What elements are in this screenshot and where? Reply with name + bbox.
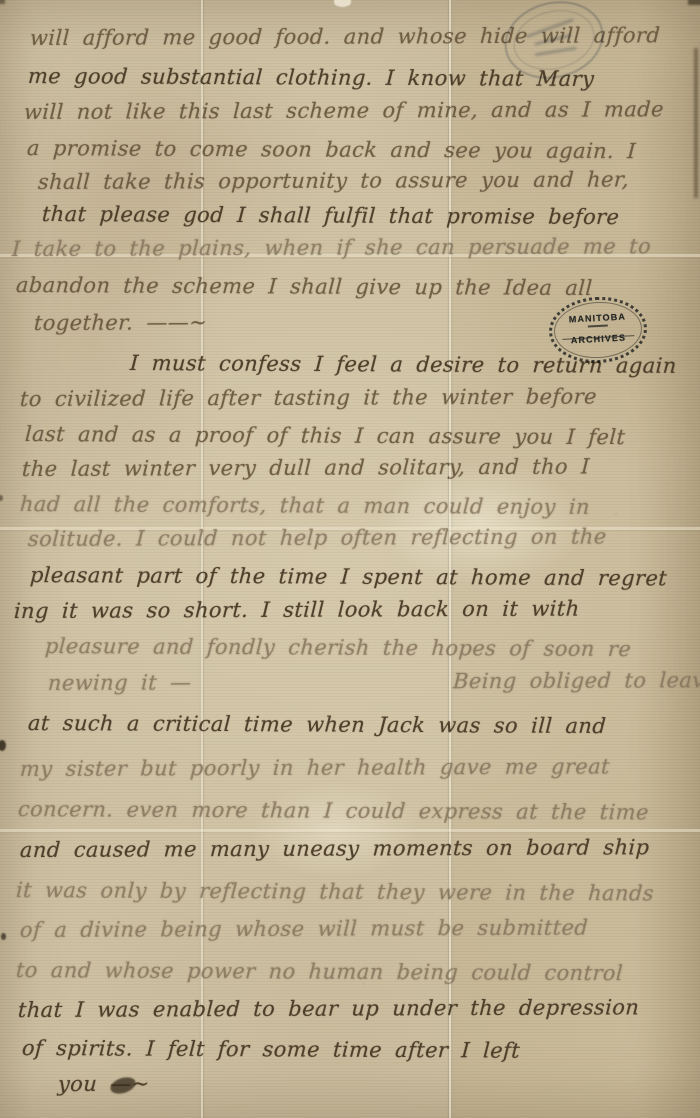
handwriting-line: shall take this opportunity to assure yo… <box>37 167 629 194</box>
handwriting-line: concern. even more than I could express … <box>17 797 649 824</box>
handwriting-line: to and whose power no human being could … <box>15 958 623 985</box>
stamp-inner-ring: MANITOBA ARCHIVES <box>553 300 644 361</box>
handwriting-line: it was only by reflecting that they were… <box>15 878 654 905</box>
handwriting-line: at such a critical time when Jack was so… <box>27 711 607 738</box>
horizontal-fold-line-3 <box>0 829 700 832</box>
stamp-text-manitoba: MANITOBA <box>569 312 627 325</box>
vertical-fold-line-left <box>201 0 203 1118</box>
handwriting-line: my sister but poorly in her health gave … <box>19 754 610 781</box>
paper-edge-mark <box>694 48 698 198</box>
handwriting-line: newing it — Being obliged to leave you <box>47 668 700 695</box>
handwriting-line: you —∼ <box>57 1072 150 1096</box>
handwriting-line: that I was enabled to bear up under the … <box>17 995 639 1022</box>
handwriting-line: pleasant part of the time I spent at hom… <box>29 563 668 590</box>
edge-speck <box>0 740 6 751</box>
handwriting-line: solitude. I could not help often reflect… <box>27 524 607 551</box>
handwriting-line: I take to the plains, when if she can pe… <box>11 234 651 261</box>
edge-speck <box>1 933 6 940</box>
corner-mark <box>688 0 700 5</box>
handwriting-line: a promise to come soon back and see you … <box>26 136 636 163</box>
handwriting-line: the last winter very dull and solitary, … <box>21 455 590 481</box>
handwriting-line: will not like this last scheme of mine, … <box>23 97 664 124</box>
handwriting-line: of a divine being whose will must be sub… <box>19 916 588 942</box>
handwriting-line: last and as a proof of this I can assure… <box>24 422 626 449</box>
handwriting-line: had all the comforts, that a man could e… <box>19 492 590 519</box>
handwriting-line: pleasure and fondly cherish the hopes of… <box>44 634 632 661</box>
handwriting-line: that please god I shall fulfil that prom… <box>41 202 620 229</box>
handwriting-line: together. ——∼ <box>33 310 207 335</box>
handwriting-line: of spirits. I felt for some time after I… <box>21 1036 521 1063</box>
handwriting-line: abandon the scheme I shall give up the I… <box>15 273 593 300</box>
handwriting-line: and caused me many uneasy moments on boa… <box>19 835 650 862</box>
handwriting-line: ing it was so short. I still look back o… <box>13 597 580 623</box>
corner-mark <box>0 0 5 4</box>
handwriting-line: to civilized life after tasting it the w… <box>19 384 597 411</box>
stamp-divider-line <box>588 325 608 328</box>
edge-speck <box>0 495 3 501</box>
handwriting-line: me good substantial clothing. I know tha… <box>27 64 595 91</box>
paper-edge-notch <box>334 0 351 7</box>
letter-scan-page: will afford me good food. and whose hide… <box>0 0 700 1118</box>
